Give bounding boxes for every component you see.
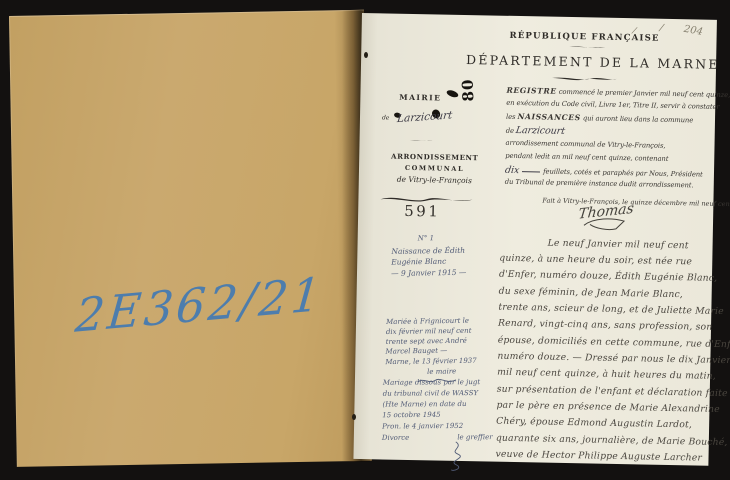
margin-note-marriage-line: Marcel Bauget — xyxy=(385,347,447,356)
margin-note-divorce-line: Pron. le 4 janvier 1952 xyxy=(382,422,463,431)
margin-note-divorce-line: 15 octobre 1945 xyxy=(382,411,440,419)
act-number: 591 xyxy=(404,202,440,221)
decorative-rule xyxy=(410,138,434,143)
register-text: les xyxy=(506,113,516,121)
register-title-page: / / 204 RÉPUBLIQUE FRANÇAISE DÉPARTEMENT… xyxy=(353,13,716,466)
act-text-line: veuve de Hector Philippe Auguste Larcher xyxy=(495,447,713,467)
divorce-word: Divorce xyxy=(382,434,409,442)
communal-label: COMMUNAL xyxy=(377,163,492,173)
mairie-label: MAIRIE xyxy=(380,92,460,103)
clerk-signature-scribble xyxy=(441,441,472,474)
register-word: REGISTRE xyxy=(506,86,556,96)
margin-note-marriage-line: Mariée à Frignicourt le xyxy=(386,317,469,326)
margin-note-marriage-line: Marne, le 13 février 1937 xyxy=(385,357,476,366)
margin-note-marriage-line: dix février mil neuf cent xyxy=(386,327,472,336)
register-formula-line: REGISTRE commencé le premier Janvier mil… xyxy=(506,86,730,100)
signature-flourish xyxy=(582,215,628,232)
pencil-folio-number: 204 xyxy=(683,24,704,38)
margin-note-birth-line: — 9 Janvier 1915 — xyxy=(391,268,467,278)
margin-note-birth-line: N° 1 xyxy=(418,234,434,242)
margin-note-marriage-line: trente sept avec André xyxy=(386,337,467,346)
register-formula-line: en exécution du Code civil, Livre 1er, T… xyxy=(506,99,719,111)
register-text: feuillets, cotés et paraphés par Nous, P… xyxy=(543,168,703,179)
margin-note-marriage-line: le maire xyxy=(427,367,456,375)
arrondissement-place: de Vitry-le-François xyxy=(377,174,492,185)
margin-note-divorce-line: Divorcele greffier xyxy=(382,433,493,442)
margin-note-divorce-line: (Hte Marne) en date du xyxy=(382,400,466,409)
closing-formula: Fait à Vitry-le-François, le quinze déce… xyxy=(542,196,730,208)
register-text: commencé le premier Janvier mil neuf cen… xyxy=(559,88,730,100)
register-formula-line: les NAISSANCES qui auront lieu dans la c… xyxy=(506,112,693,125)
margin-note-birth-line: Naissance de Édith xyxy=(391,246,465,256)
commune-name-handwritten: Larzicourt xyxy=(515,125,566,137)
naissances-word: NAISSANCES xyxy=(517,112,581,122)
margin-note-birth-line: Eugénie Blanc xyxy=(391,257,446,267)
register-formula-line: arrondissement communal de Vitry-le-Fran… xyxy=(505,139,665,150)
commune-name: Larzicourt xyxy=(396,109,453,125)
register-text: de xyxy=(506,127,514,135)
decorative-rule xyxy=(569,44,605,51)
pencil-tick-mark: / xyxy=(659,23,664,34)
commune-prefix: de xyxy=(382,114,390,121)
staple-dot xyxy=(352,414,356,420)
register-formula-line: pendant ledit an mil neuf cent quinze, c… xyxy=(505,152,668,163)
register-formula-line: du Tribunal de première instance dudit a… xyxy=(505,178,694,190)
department-heading: DÉPARTEMENT DE LA MARNE xyxy=(466,52,706,72)
folio-number-stamp: 80 xyxy=(458,78,477,102)
register-cover-page: 2E362/21 xyxy=(9,10,372,467)
feuillet-count-handwritten: dix xyxy=(504,165,520,176)
margin-note-divorce-line: du tribunal civil de WASSY xyxy=(383,389,478,398)
archive-call-number: 2E362/21 xyxy=(73,267,326,343)
register-formula-line: de Larzicourt xyxy=(506,125,566,137)
arrondissement-label: ARRONDISSEMENT xyxy=(377,151,492,162)
register-text: qui auront lieu dans la commune xyxy=(583,114,693,124)
staple-dot xyxy=(364,52,368,58)
commune-name-handwritten: de Larzicourt xyxy=(382,104,452,124)
republic-heading: RÉPUBLIQUE FRANÇAISE xyxy=(489,30,679,44)
margin-note-divorce-line: Mariage dissous par le jugt xyxy=(383,378,480,387)
decorative-rule xyxy=(551,75,617,83)
fill-dash xyxy=(522,171,540,172)
